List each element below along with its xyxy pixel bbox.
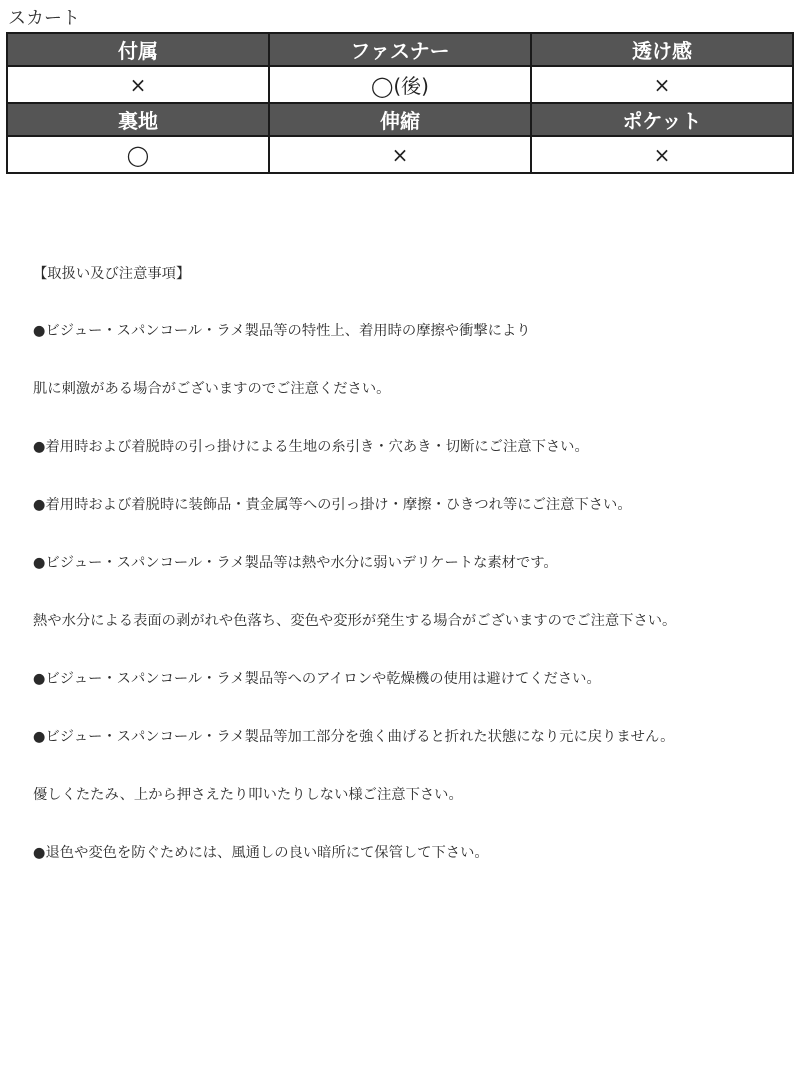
note-line: 優しくたたみ、上から押さえたり叩いたりしない様ご注意下さい。 bbox=[33, 786, 676, 805]
spec-header-row: 付属 ファスナー 透け感 bbox=[7, 33, 793, 66]
note-line: 肌に刺激がある場合がございますのでご注意ください。 bbox=[33, 380, 676, 399]
note-line: ●着用時および着脱時に装飾品・貴金属等への引っ掛け・摩擦・ひきつれ等にご注意下さ… bbox=[33, 496, 676, 515]
spec-value-cell: ◯(後) bbox=[269, 66, 531, 103]
note-line: ●ビジュー・スパンコール・ラメ製品等の特性上、着用時の摩擦や衝撃により bbox=[33, 322, 676, 341]
note-line: ●ビジュー・スパンコール・ラメ製品等へのアイロンや乾燥機の使用は避けてください。 bbox=[33, 670, 676, 689]
spec-table: 付属 ファスナー 透け感 × ◯(後) × 裏地 伸縮 ポケット ◯ × × bbox=[6, 32, 794, 174]
spec-value-row: ◯ × × bbox=[7, 136, 793, 173]
spec-value-cell: × bbox=[269, 136, 531, 173]
note-line: ●ビジュー・スパンコール・ラメ製品等加工部分を強く曲げると折れた状態になり元に戻… bbox=[33, 728, 676, 747]
note-line: ●着用時および着脱時の引っ掛けによる生地の糸引き・穴あき・切断にご注意下さい。 bbox=[33, 438, 676, 457]
spec-header-cell: 裏地 bbox=[7, 103, 269, 136]
note-line: 熱や水分による表面の剥がれや色落ち、変色や変形が発生する場合がございますのでご注… bbox=[33, 612, 676, 631]
care-notes: 【取扱い及び注意事項】 ●ビジュー・スパンコール・ラメ製品等の特性上、着用時の摩… bbox=[33, 226, 676, 882]
spec-value-cell: × bbox=[7, 66, 269, 103]
note-line: ●退色や変色を防ぐためには、風通しの良い暗所にて保管して下さい。 bbox=[33, 844, 676, 863]
spec-header-cell: ポケット bbox=[531, 103, 793, 136]
spec-header-cell: 透け感 bbox=[531, 33, 793, 66]
spec-header-row: 裏地 伸縮 ポケット bbox=[7, 103, 793, 136]
spec-value-cell: ◯ bbox=[7, 136, 269, 173]
section-title: スカート bbox=[8, 8, 80, 30]
spec-header-cell: 付属 bbox=[7, 33, 269, 66]
spec-header-cell: 伸縮 bbox=[269, 103, 531, 136]
spec-header-cell: ファスナー bbox=[269, 33, 531, 66]
spec-value-cell: × bbox=[531, 66, 793, 103]
spec-value-row: × ◯(後) × bbox=[7, 66, 793, 103]
notes-heading: 【取扱い及び注意事項】 bbox=[33, 265, 676, 284]
note-line: ●ビジュー・スパンコール・ラメ製品等は熱や水分に弱いデリケートな素材です。 bbox=[33, 554, 676, 573]
spec-value-cell: × bbox=[531, 136, 793, 173]
